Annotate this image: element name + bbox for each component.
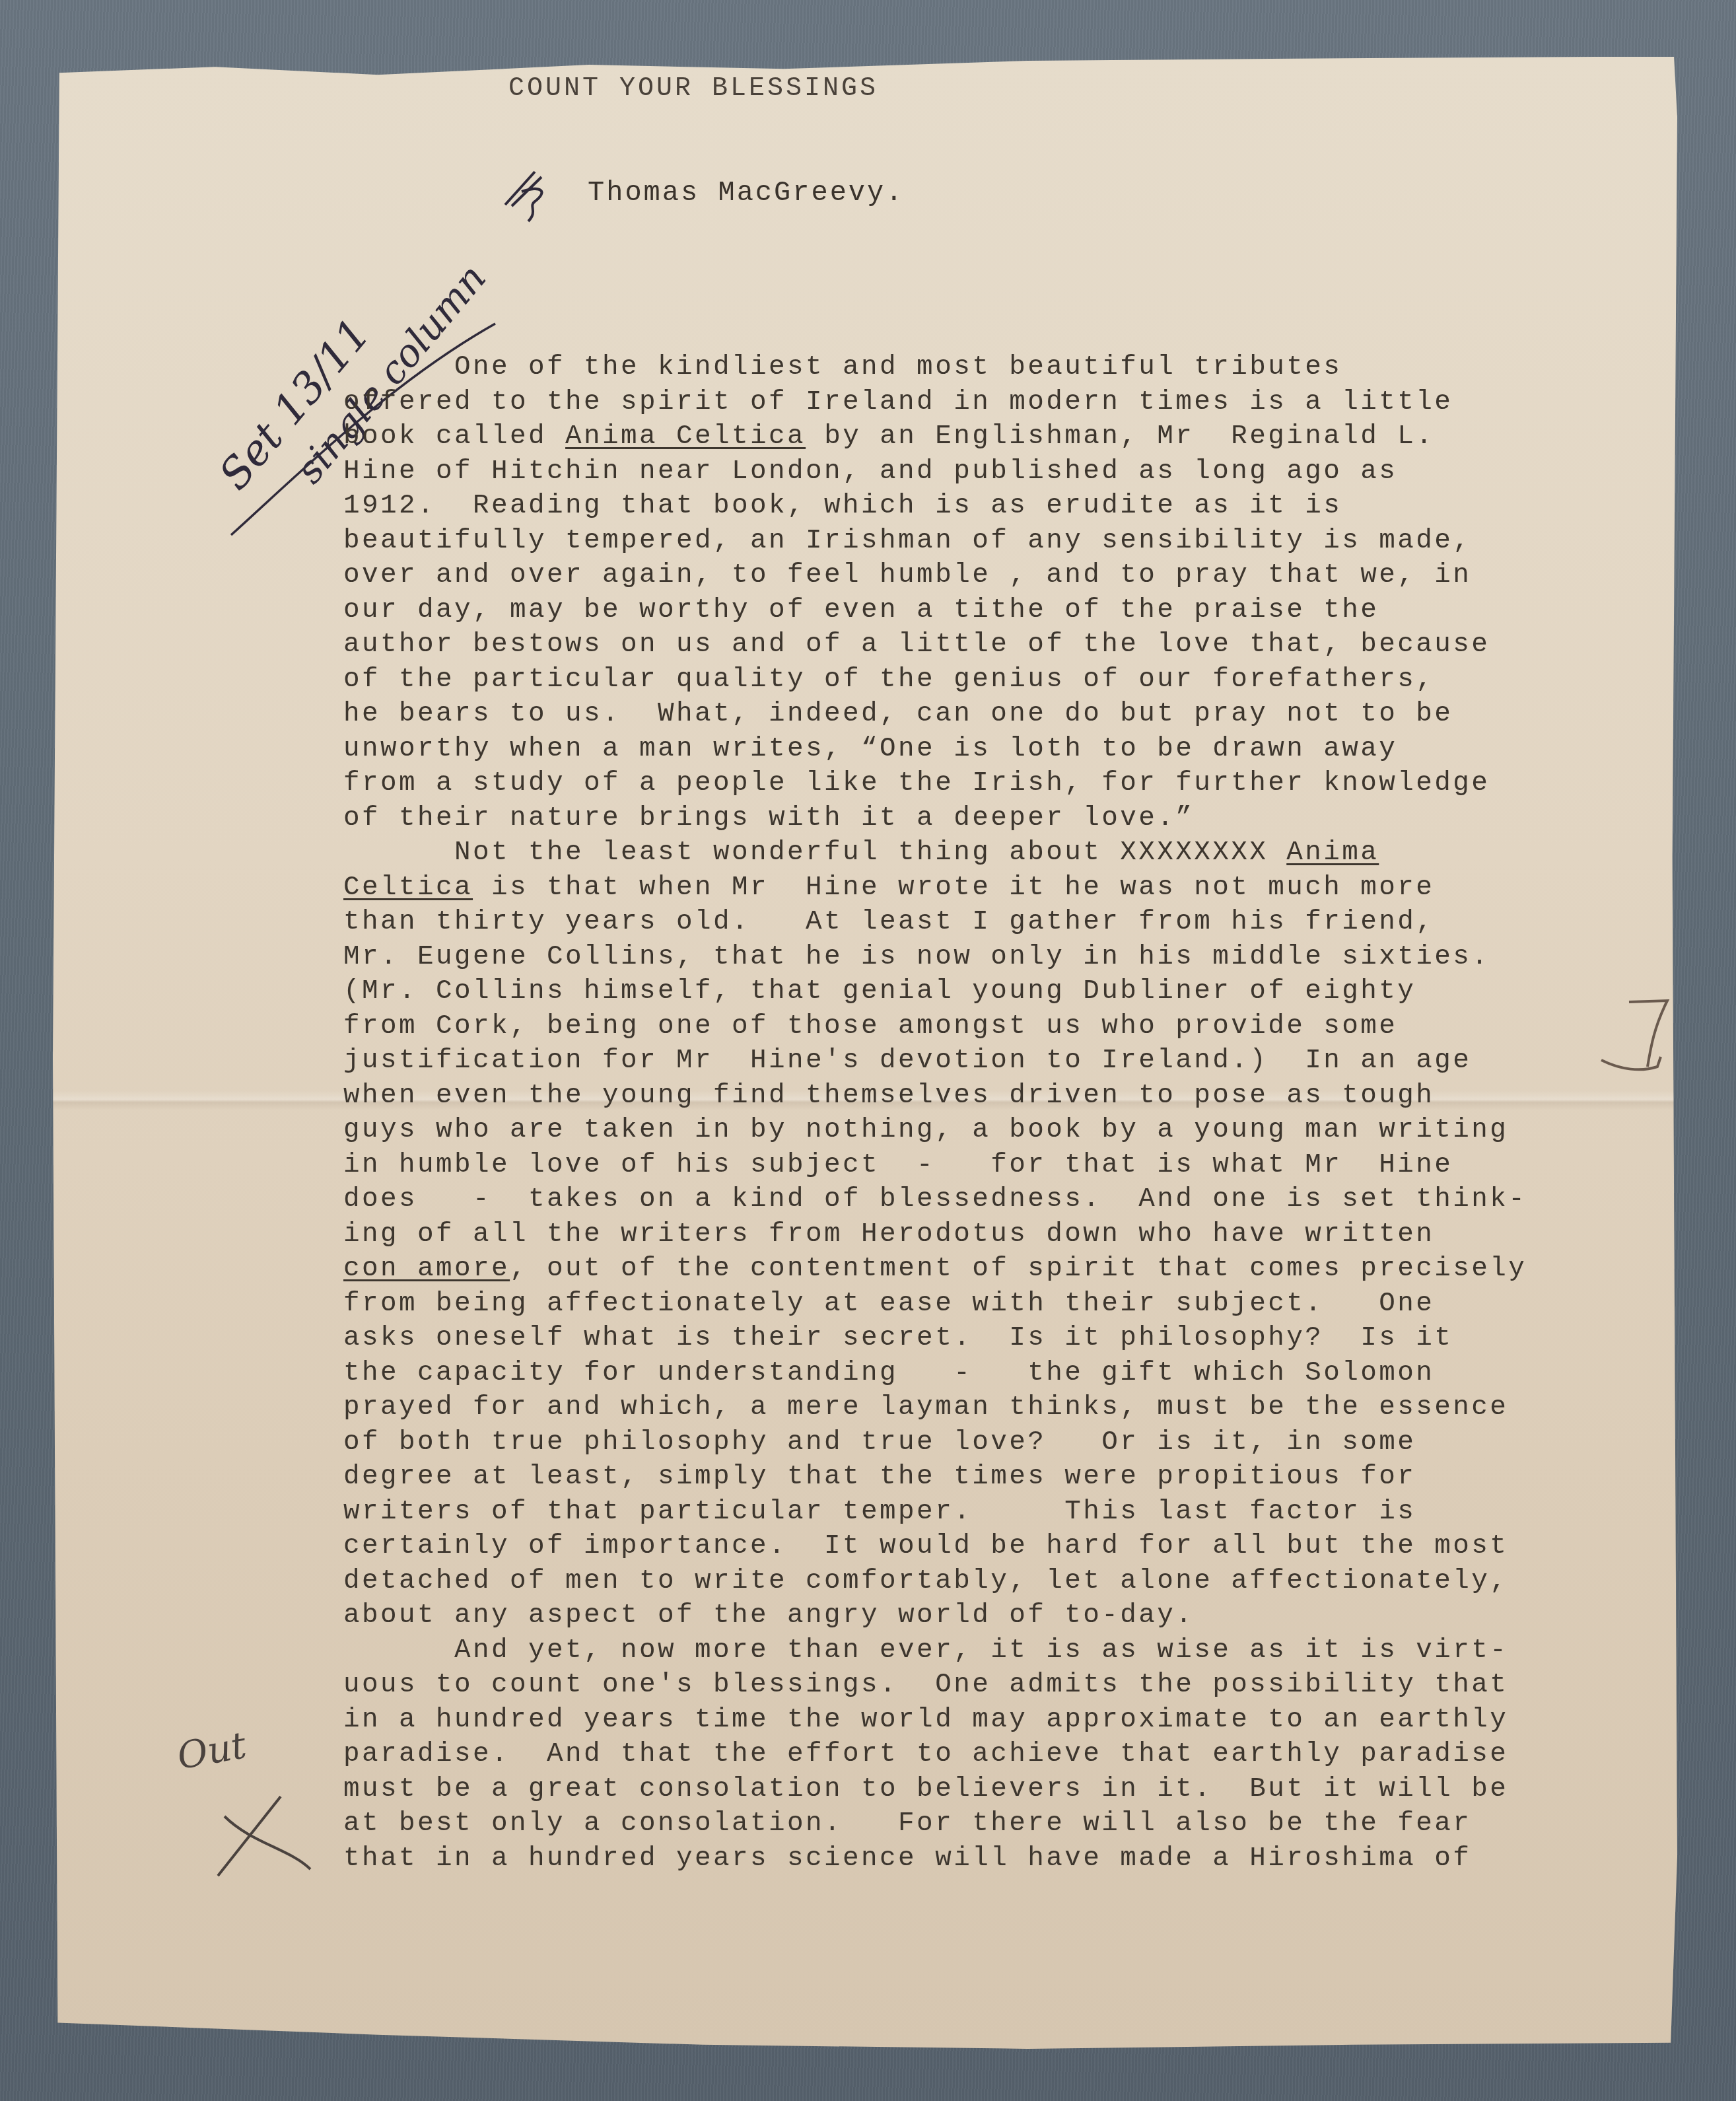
body-line: of both true philosophy and true love? O… [343,1425,1664,1460]
body-line: at best only a consolation. For there wi… [343,1806,1664,1841]
body-line: about any aspect of the angry world of t… [343,1598,1664,1633]
body-line: writers of that particular temper. This … [343,1495,1664,1530]
body-line: must be a great consolation to believers… [343,1772,1664,1807]
margin-note-out-word: Out [174,1724,250,1778]
body-line: that in a hundred years science will hav… [343,1841,1664,1876]
body-line: justification for Mr Hine's devotion to … [343,1044,1664,1079]
document-body: One of the kindliest and most beautiful … [343,350,1664,1876]
body-line: paradise. And that the effort to achieve… [343,1737,1664,1772]
body-line: offered to the spirit of Ireland in mode… [343,385,1664,420]
body-line: does - takes on a kind of blessedness. A… [343,1182,1664,1217]
body-line: unworthy when a man writes, “One is loth… [343,732,1664,767]
body-line: Celtica is that when Mr Hine wrote it he… [343,871,1664,906]
body-line: Mr. Eugene Collins, that he is now only … [343,940,1664,975]
body-line: book called Anima Celtica by an Englishm… [343,419,1664,454]
margin-note-out-mark: Out [172,1717,343,1863]
body-line: con amore, out of the contentment of spi… [343,1252,1664,1287]
body-line: the capacity for understanding - the gif… [343,1356,1664,1391]
body-line: degree at least, simply that the times w… [343,1460,1664,1495]
body-line: Not the least wonderful thing about XXXX… [343,836,1664,871]
underlined-phrase: Anima Celtica [565,421,806,452]
underlined-phrase: Celtica [343,872,473,903]
document-title: COUNT YOUR BLESSINGS [508,74,878,104]
body-line: Hine of Hitchin near London, and publish… [343,454,1664,489]
body-line: And yet, now more than ever, it is as wi… [343,1633,1664,1668]
body-line: certainly of importance. It would be har… [343,1529,1664,1564]
body-line: in a hundred years time the world may ap… [343,1703,1664,1738]
underlined-phrase: Anima [1286,837,1379,868]
body-line: detached of men to write comfortably, le… [343,1564,1664,1599]
body-line: from a study of a people like the Irish,… [343,766,1664,801]
underlined-phrase: con amore [343,1254,510,1284]
body-line: prayed for and which, a mere layman thin… [343,1390,1664,1425]
body-line: uous to count one's blessings. One admit… [343,1668,1664,1703]
body-line: over and over again, to feel humble , an… [343,558,1664,593]
body-line: from being affectionately at ease with t… [343,1287,1664,1322]
body-line: when even the young find themselves driv… [343,1079,1664,1114]
body-line: than thirty years old. At least I gather… [343,905,1664,940]
body-line: from Cork, being one of those amongst us… [343,1009,1664,1044]
body-line: One of the kindliest and most beautiful … [343,350,1664,385]
body-line: ing of all the writers from Herodotus do… [343,1217,1664,1252]
body-line: author bestows on us and of a little of … [343,627,1664,662]
body-line: (Mr. Collins himself, that genial young … [343,974,1664,1009]
byline-author: Thomas MacGreevy. [588,177,904,209]
body-line: beautifully tempered, an Irishman of any… [343,524,1664,559]
handwritten-by-scribble [502,165,574,218]
body-line: guys who are taken in by nothing, a book… [343,1113,1664,1148]
body-line: our day, may be worthy of even a tithe o… [343,593,1664,628]
body-line: 1912. Reading that book, which is as eru… [343,489,1664,524]
body-line: asks oneself what is their secret. Is it… [343,1321,1664,1356]
body-line: in humble love of his subject - for that… [343,1148,1664,1183]
body-line: of their nature brings with it a deeper … [343,801,1664,836]
body-line: he bears to us. What, indeed, can one do… [343,697,1664,732]
body-line: of the particular quality of the genius … [343,662,1664,697]
